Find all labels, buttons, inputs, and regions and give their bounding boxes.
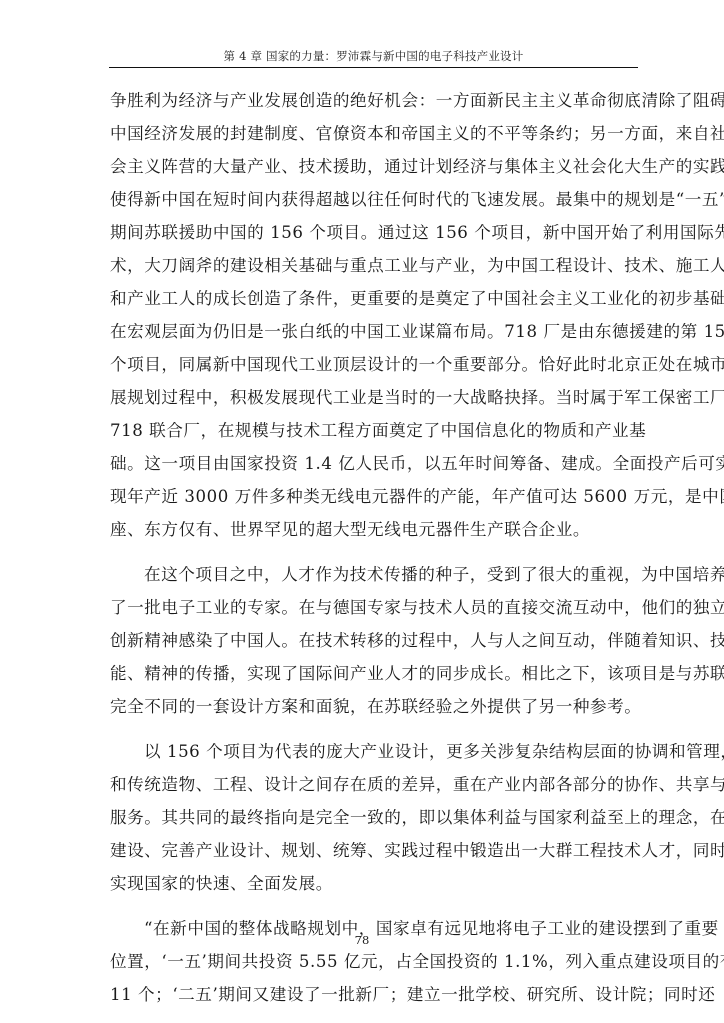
text-line: 础。这一项目由国家投资 1.4 亿人民币，以五年时间筹备、建成。全面投产后可实 bbox=[110, 447, 636, 480]
text-line: 完全不同的一套设计方案和面貌，在苏联经验之外提供了另一种参考。 bbox=[110, 690, 636, 723]
text-line: 现年产近 3000 万件多种类无线电元器件的产能，年产值可达 5600 万元，是… bbox=[110, 480, 636, 513]
text-line: 展规划过程中，积极发展现代工业是当时的一大战略抉择。当时属于军工保密工厂的 bbox=[110, 381, 636, 414]
text-line: 创新精神感染了中国人。在技术转移的过程中，人与人之间互动，伴随着知识、技 bbox=[110, 624, 636, 657]
page-number: 78 bbox=[0, 933, 724, 947]
paragraph: 争胜利为经济与产业发展创造的绝好机会：一方面新民主主义革命彻底清除了阻碍中国经济… bbox=[110, 84, 636, 546]
paragraph-spacer bbox=[110, 723, 636, 735]
paragraph: 在这个项目之中，人才作为技术传播的种子，受到了很大的重视，为中国培养了一批电子工… bbox=[110, 558, 636, 723]
text-line: 位置，‘一五’期间共投资 5.55 亿元，占全国投资的 1.1%，列入重点建设项… bbox=[110, 945, 636, 978]
paragraph-spacer bbox=[110, 900, 636, 912]
text-line: 实现国家的快速、全面发展。 bbox=[110, 867, 636, 900]
document-page: 第 4 章 国家的力量：罗沛霖与新中国的电子科技产业设计 争胜利为经济与产业发展… bbox=[0, 0, 724, 1023]
text-line: 座、东方仅有、世界罕见的超大型无线电元器件生产联合企业。 bbox=[110, 513, 636, 546]
text-line: 11 个；‘二五’期间又建设了一批新厂；建立一批学校、研究所、设计院；同时还 bbox=[110, 978, 636, 1011]
running-header: 第 4 章 国家的力量：罗沛霖与新中国的电子科技产业设计 bbox=[109, 48, 638, 64]
text-line: 使得新中国在短时间内获得超越以往任何时代的飞速发展。最集中的规划是“一五” bbox=[110, 183, 636, 216]
paragraph: “在新中国的整体战略规划中，国家卓有远见地将电子工业的建设摆到了重要位置，‘一五… bbox=[110, 912, 636, 1011]
text-line: 个项目，同属新中国现代工业顶层设计的一个重要部分。恰好此时北京正处在城市发 bbox=[110, 348, 636, 381]
text-line: 中国经济发展的封建制度、官僚资本和帝国主义的不平等条约；另一方面，来自社 bbox=[110, 117, 636, 150]
text-line: 建设、完善产业设计、规划、统筹、实践过程中锻造出一大群工程技术人才，同时 bbox=[110, 834, 636, 867]
text-line: 在宏观层面为仍旧是一张白纸的中国工业谋篇布局。718 厂是由东德援建的第 157 bbox=[110, 315, 636, 348]
text-line: 和传统造物、工程、设计之间存在质的差异，重在产业内部各部分的协作、共享与 bbox=[110, 768, 636, 801]
text-line: 会主义阵营的大量产业、技术援助，通过计划经济与集体主义社会化大生产的实践， bbox=[110, 150, 636, 183]
text-line: 争胜利为经济与产业发展创造的绝好机会：一方面新民主主义革命彻底清除了阻碍 bbox=[110, 84, 636, 117]
header-rule bbox=[109, 67, 638, 68]
text-line: 718 联合厂，在规模与技术工程方面奠定了中国信息化的物质和产业基 bbox=[110, 414, 636, 447]
text-line: 服务。其共同的最终指向是完全一致的，即以集体利益与国家利益至上的理念，在 bbox=[110, 801, 636, 834]
text-line: 了一批电子工业的专家。在与德国专家与技术人员的直接交流互动中，他们的独立 bbox=[110, 591, 636, 624]
text-line: 和产业工人的成长创造了条件，更重要的是奠定了中国社会主义工业化的初步基础， bbox=[110, 282, 636, 315]
body-text: 争胜利为经济与产业发展创造的绝好机会：一方面新民主主义革命彻底清除了阻碍中国经济… bbox=[110, 84, 636, 1011]
paragraph-spacer bbox=[110, 546, 636, 558]
text-line: 以 156 个项目为代表的庞大产业设计，更多关涉复杂结构层面的协调和管理， bbox=[110, 735, 636, 768]
text-line: 术，大刀阔斧的建设相关基础与重点工业与产业，为中国工程设计、技术、施工人员 bbox=[110, 249, 636, 282]
text-line: 期间苏联援助中国的 156 个项目。通过这 156 个项目，新中国开始了利用国际… bbox=[110, 216, 636, 249]
text-line: 在这个项目之中，人才作为技术传播的种子，受到了很大的重视，为中国培养 bbox=[110, 558, 636, 591]
text-line: 能、精神的传播，实现了国际间产业人才的同步成长。相比之下，该项目是与苏联 bbox=[110, 657, 636, 690]
paragraph: 以 156 个项目为代表的庞大产业设计，更多关涉复杂结构层面的协调和管理，和传统… bbox=[110, 735, 636, 900]
